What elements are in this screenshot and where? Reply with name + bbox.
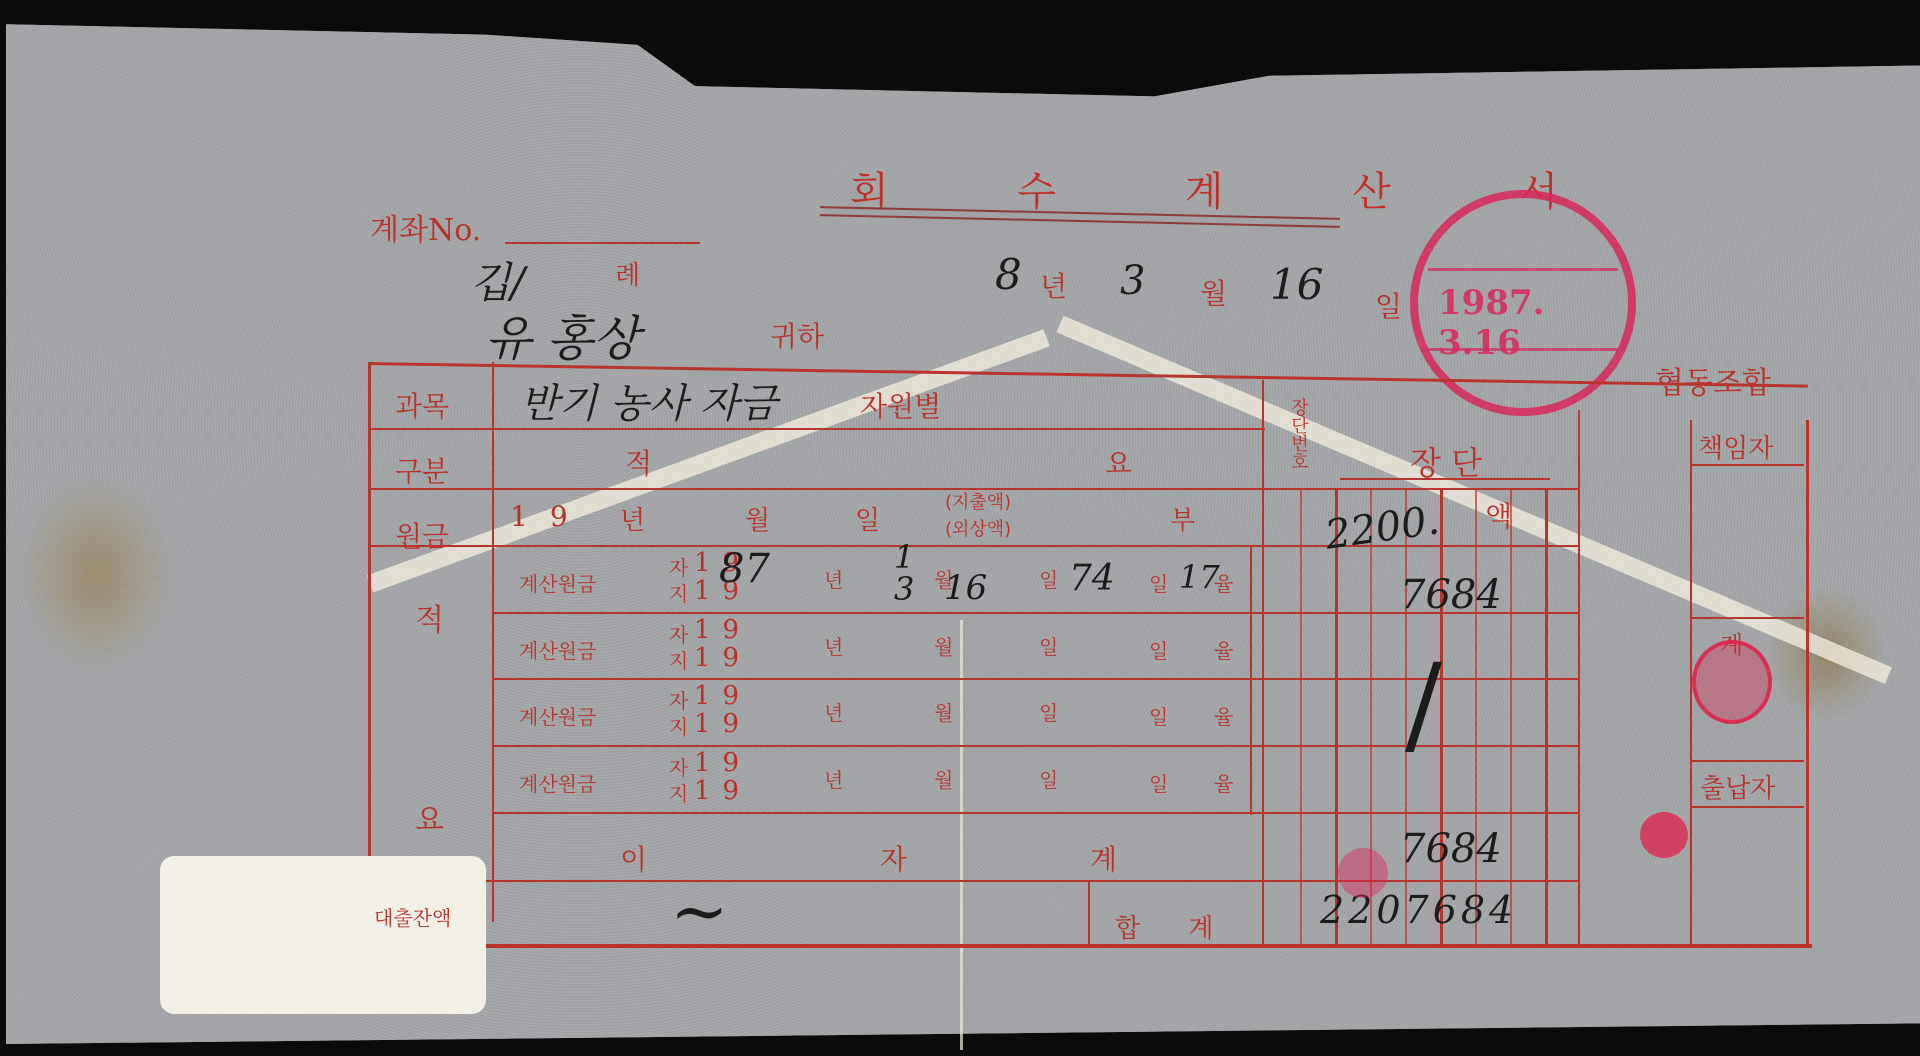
amount-column-divider [1262, 380, 1264, 944]
cashier-rule-top [1692, 760, 1804, 762]
subject-label: 과목 [395, 385, 449, 425]
calc-rate-label: 율 [1214, 635, 1233, 664]
ledger-number-label: 장단번호 [1285, 398, 1311, 470]
subject-handwritten: 반기 농사 자금 [520, 372, 777, 429]
personal-seal-clerk [1692, 640, 1772, 724]
calc-hw-days: 74 [1069, 558, 1115, 599]
calc-to-year: 19 [694, 643, 751, 673]
recipient-name-handwritten: 유 홍상 [485, 300, 639, 369]
calc-to-prefix: 지 [669, 645, 688, 674]
ink-seal-cashier [1640, 812, 1688, 858]
principal-paren-bottom: (외상액) [945, 515, 1011, 541]
calc-to-year: 19 [694, 776, 751, 806]
interest-label-char-1: 이 [620, 838, 647, 878]
cashier-label: 출납자 [1700, 768, 1775, 805]
principal-year-label: 년 [620, 500, 645, 537]
calc-row: 계산원금 자 지 19 19 년 월 일 일 율 87 1 3 16 74 17 [494, 548, 1254, 612]
calc-hw-rate: 17 [1179, 558, 1220, 596]
principal-paren-top: (지출액) [945, 488, 1011, 514]
calc-days-label: 일 [1149, 768, 1168, 797]
calc-row-label: 계산원금 [519, 635, 596, 664]
signature-column-divider [1578, 410, 1580, 944]
date-month-label: 월 [1200, 272, 1227, 312]
organization-label: 협동조합 [1655, 358, 1771, 402]
calc-to-prefix: 지 [669, 711, 688, 740]
responsible-label: 책임자 [1698, 428, 1773, 465]
summary-header-right: 요 [1105, 442, 1132, 482]
principal-label: 원금 [395, 515, 449, 555]
loan-balance-handwritten: ~ [670, 870, 729, 952]
calc-row-label: 계산원금 [519, 568, 596, 597]
ledger-title-rule [1340, 478, 1550, 480]
calc-hw-year: 87 [719, 546, 770, 592]
calc-hw-month-to: 3 [894, 570, 914, 608]
calc-row: 계산원금 자 지 19 19 년 월 일 일 율 [494, 681, 1254, 745]
calc-rate-label: 율 [1214, 768, 1233, 797]
calc-row: 계산원금 자 지 19 19 년 월 일 일 율 [494, 748, 1254, 812]
calc-to-prefix: 지 [669, 578, 688, 607]
date-year-handwritten: 8 [995, 250, 1022, 299]
calc-from-prefix: 자 [669, 619, 688, 648]
calc-row-label: 계산원금 [519, 701, 596, 730]
calc-hw-day: 16 [944, 568, 987, 608]
calc-month-label: 월 [934, 764, 953, 793]
summary-side-label-top: 적 [415, 595, 444, 639]
date-month-handwritten: 3 [1120, 258, 1145, 304]
calc-to-prefix: 지 [669, 778, 688, 807]
account-no-label: 계좌No. [370, 205, 481, 249]
grand-total-label: 합 계 [1115, 908, 1234, 945]
stamp-date-text: 1987. 3.16 [1438, 283, 1628, 363]
date-year-label: 년 [1040, 265, 1067, 305]
white-sticker [160, 856, 486, 1014]
responsible-rule [1692, 464, 1804, 466]
digit-col-1 [1300, 490, 1302, 944]
principal-year-prefix: 19 [510, 500, 590, 533]
digit-col-8 [1545, 490, 1548, 944]
calc-day-label: 일 [1039, 697, 1058, 726]
calc-days-label: 일 [1149, 568, 1168, 597]
principal-suffix: 부 [1170, 500, 1195, 537]
principal-month-label: 월 [745, 500, 770, 537]
calc-year-label: 년 [824, 631, 843, 660]
digit-col-6 [1475, 490, 1477, 944]
summary-side-label-bottom: 요 [415, 795, 444, 839]
calc-month-label: 월 [934, 697, 953, 726]
calc-from-prefix: 자 [669, 552, 688, 581]
calc-from-year: 19 [694, 615, 751, 645]
account-no-underline [505, 242, 700, 244]
interest-rule [370, 880, 1578, 882]
calc-day-label: 일 [1039, 564, 1058, 593]
calc-row-label: 계산원금 [519, 768, 596, 797]
recipient-prefix-label: 례 [615, 255, 640, 292]
calc-from-prefix: 자 [669, 685, 688, 714]
interest-total-handwritten: 7684 [1400, 826, 1502, 872]
calc-year-label: 년 [824, 564, 843, 593]
calc-from-year: 19 [694, 748, 751, 778]
calc-amount-handwritten: 7684 [1400, 572, 1502, 618]
summary-header-left: 적 [625, 442, 652, 482]
calc-days-label: 일 [1149, 701, 1168, 730]
table-border-right [1806, 420, 1809, 948]
interest-label-char-2: 자 [880, 838, 907, 878]
subject-suffix: 자원별 [860, 385, 941, 425]
category-label: 구분 [395, 450, 449, 490]
calc-rule-4 [494, 812, 1578, 814]
date-day-label: 일 [1375, 285, 1402, 325]
digit-col-7 [1510, 490, 1512, 944]
calc-year-label: 년 [824, 697, 843, 726]
recipient-suffix: 귀하 [770, 315, 824, 355]
calc-month-label: 월 [934, 631, 953, 660]
calc-from-year: 19 [694, 681, 751, 711]
row-rule-1 [370, 428, 1265, 430]
calc-year-label: 년 [824, 764, 843, 793]
cashier-rule-bottom [1692, 806, 1804, 808]
table-border-bottom [368, 944, 1812, 948]
principal-amount-label: 액 [1485, 495, 1512, 535]
interest-label-char-3: 계 [1090, 838, 1117, 878]
principal-day-label: 일 [855, 500, 880, 537]
calc-from-prefix: 자 [669, 752, 688, 781]
calc-rate-label: 율 [1214, 701, 1233, 730]
total-divider [1088, 880, 1090, 946]
calc-to-year: 19 [694, 709, 751, 739]
date-day-handwritten: 16 [1270, 260, 1323, 309]
clerk-rule [1692, 617, 1804, 619]
calc-day-label: 일 [1039, 764, 1058, 793]
calc-row: 계산원금 자 지 19 19 년 월 일 일 율 [494, 615, 1254, 679]
calc-day-label: 일 [1039, 631, 1058, 660]
ink-seal-total [1338, 848, 1388, 898]
calc-days-label: 일 [1149, 635, 1168, 664]
loan-balance-label: 대출잔액 [374, 902, 451, 931]
calc-slash-mark: / [1405, 640, 1442, 768]
